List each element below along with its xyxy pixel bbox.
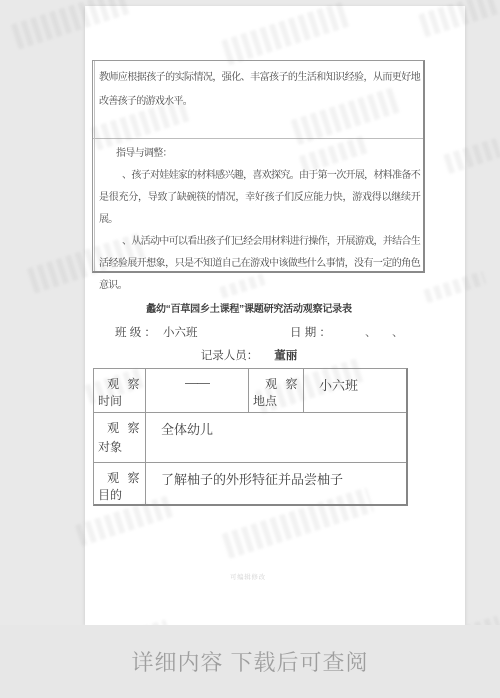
recorder-row: 记录人员：董丽 (93, 347, 405, 363)
table-value-subject: 全体幼儿 (146, 413, 406, 463)
table-value-purpose: 了解柚子的外形特征并品尝柚子 (146, 463, 406, 504)
guidance-item: 、从活动中可以看出孩子们已经会用材料进行操作，开展游戏，并结合生活经验展开想象，… (99, 231, 420, 297)
document-page: 教师应根据孩子的实际情况，强化、丰富孩子的生活和知识经验，从而更好地改善孩子的游… (85, 6, 465, 625)
table-value-place: 小六班 (304, 369, 406, 413)
notes-paragraph: 教师应根据孩子的实际情况，强化、丰富孩子的生活和知识经验，从而更好地改善孩子的游… (93, 61, 423, 139)
date-label: 日 期 ： (290, 324, 331, 340)
guidance-item: 、孩子对娃娃家的材料感兴趣，喜欢探究。由于第一次开展，材料准备不是很充分，导致了… (99, 165, 420, 231)
table-label-purpose: 观 察 目的 (94, 463, 146, 504)
table-label-place: 观 察 地点 (249, 369, 304, 413)
table-label-subject: 观 察 对象 (94, 413, 146, 463)
date-separator: 、 (392, 324, 404, 340)
download-prompt-bar: 详细内容 下载后可查阅 (0, 625, 500, 698)
date-separator: 、 (365, 324, 377, 340)
label-line: 观 察 (97, 469, 142, 486)
table-label-time: 观 察 时间 (94, 369, 146, 413)
form-title: 蠡幼“百草园乡土课程”课题研究活动观察记录表 (93, 300, 405, 315)
class-label: 班 级 ： (115, 324, 156, 340)
guidance-heading: 指导与调整： (99, 143, 420, 165)
label-line: 观 察 (252, 375, 300, 392)
recorder-value: 董丽 (274, 350, 297, 362)
page-footnote: 可编辑修改 (230, 571, 266, 581)
recorder-label: 记录人员： (201, 350, 259, 362)
label-line: 地点 (252, 392, 300, 409)
label-line: 观 察 (97, 375, 142, 392)
class-value: 小六班 (163, 324, 198, 340)
label-line: 观 察 (97, 419, 142, 436)
label-line: 对象 (97, 438, 142, 455)
observation-notes-box: 教师应根据孩子的实际情况，强化、丰富孩子的生活和知识经验，从而更好地改善孩子的游… (92, 60, 425, 273)
preview-screen: 教师应根据孩子的实际情况，强化、丰富孩子的生活和知识经验，从而更好地改善孩子的游… (0, 0, 500, 698)
form-meta-row: 班 级 ： 小六班 日 期 ： 、 、 (93, 324, 405, 340)
label-line: 目的 (97, 486, 142, 503)
download-prompt-text: 详细内容 下载后可查阅 (0, 646, 500, 677)
observation-table: 观 察 时间 —— 观 察 地点 小六班 观 察 对象 全体幼儿 观 察 (93, 368, 408, 506)
table-value-time: —— (146, 369, 249, 413)
guidance-section: 指导与调整： 、孩子对娃娃家的材料感兴趣，喜欢探究。由于第一次开展，材料准备不是… (93, 139, 423, 297)
label-line: 时间 (97, 392, 142, 409)
